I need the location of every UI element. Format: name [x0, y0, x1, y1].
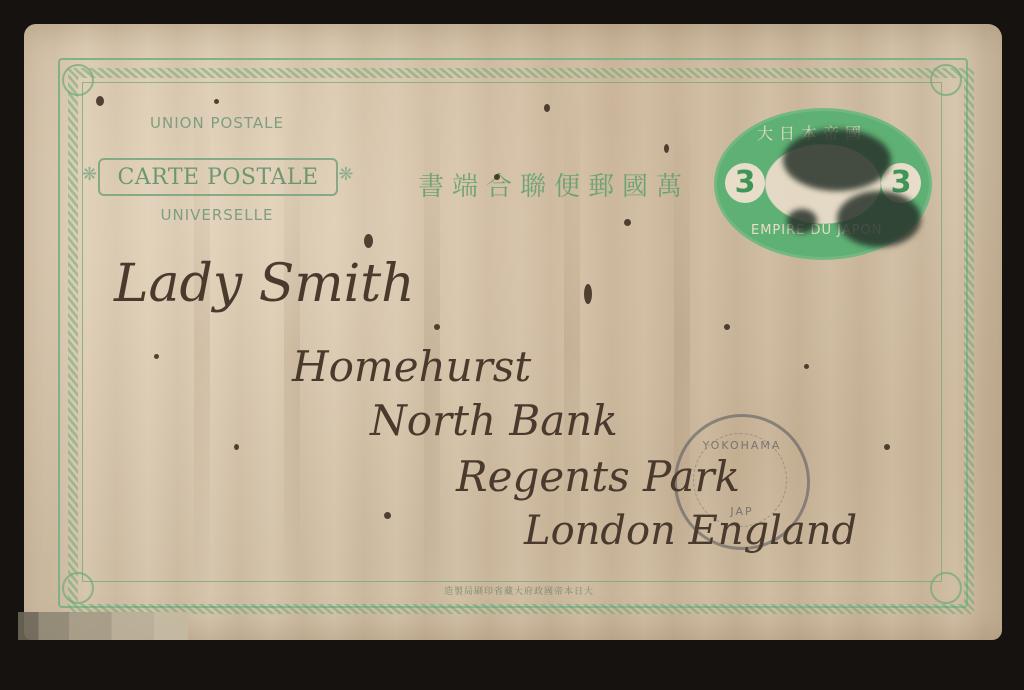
corner-ornament: [62, 64, 94, 96]
ink-spot: [384, 512, 391, 519]
upu-header: UNION POSTALE CARTE POSTALE UNIVERSELLE: [92, 108, 342, 238]
ink-spot: [154, 354, 159, 359]
ink-spot: [804, 364, 809, 369]
japanese-title: 萬國郵便聯合端書: [360, 166, 690, 203]
ink-spot: [494, 174, 500, 180]
corner-ornament: [930, 64, 962, 96]
corner-ornament: [62, 572, 94, 604]
ink-spot: [884, 444, 890, 450]
upu-bottom-text: UNIVERSELLE: [92, 206, 342, 224]
ink-spot: [364, 234, 373, 248]
blurred-watermark: [18, 612, 188, 640]
ink-spot: [584, 284, 592, 304]
cancellation-mark: [783, 129, 891, 191]
cancellation-mark: [837, 191, 921, 247]
upu-top-text: UNION POSTALE: [92, 114, 342, 132]
address-line-4: Regents Park: [456, 452, 740, 501]
ink-spot: [214, 99, 219, 104]
address-line-3: North Bank: [370, 396, 618, 445]
ink-spot: [96, 96, 104, 106]
corner-ornament: [930, 572, 962, 604]
address-line-5: London England: [524, 508, 857, 554]
carte-postale-label: CARTE POSTALE: [98, 158, 338, 196]
address-line-2: Homehurst: [292, 342, 531, 391]
address-line-1: Lady Smith: [114, 254, 415, 314]
postcard: UNION POSTALE CARTE POSTALE UNIVERSELLE …: [24, 24, 1002, 640]
ink-spot: [234, 444, 239, 450]
ink-spot: [624, 219, 631, 226]
cancellation-mark: [787, 209, 817, 233]
postmark-city: YOKOHAMA: [677, 439, 807, 452]
ink-spot: [434, 324, 440, 330]
ink-spot: [664, 144, 669, 153]
printer-imprint: 大日本帝國政府大藏省印刷局製造: [394, 584, 594, 597]
ink-spot: [544, 104, 550, 112]
imprinted-stamp: 大日本帝國 3 3 EMPIRE DU JAPON: [714, 108, 932, 260]
ink-spot: [724, 324, 730, 330]
stamp-value-left: 3: [725, 163, 765, 203]
